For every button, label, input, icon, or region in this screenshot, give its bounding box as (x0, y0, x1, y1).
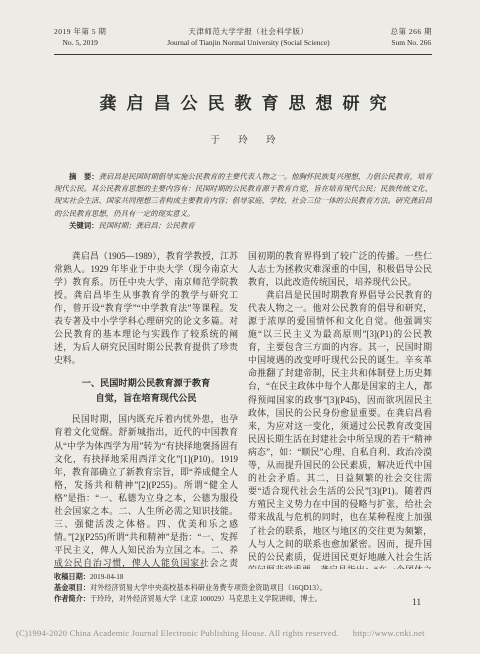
header-issue: 2019 年第 5 期 No. 5, 2019 (54, 26, 106, 49)
abstract-label: 摘 要： (69, 172, 99, 181)
abstract-block: 摘 要：龚启昌是民国时期倡导实施公民教育的主要代表人物之一。他胸怀民族复兴理想，… (54, 171, 432, 233)
keywords-text: 民国时期；龚启昌；公民教育 (99, 221, 195, 230)
page-content: 2019 年第 5 期 No. 5, 2019 天津师范大学学报（社会科学版） … (54, 26, 432, 569)
volume-number-en: Sum No. 266 (390, 37, 432, 48)
body-paragraph: 龚启昌是民国时期教育界倡导公民教育的代表人物之一。他对公民教育的倡导和研究，源于… (248, 289, 432, 569)
copyright-text: (C)1994-2020 China Academic Journal Elec… (16, 628, 339, 638)
footnote-received: 收稿日期：2019-04-18 (54, 572, 432, 583)
footnote-block: 收稿日期：2019-04-18 基金项目：对外经济贸易大学中央高校基本科研业务费… (54, 567, 432, 605)
copyright-footer: (C)1994-2020 China Academic Journal Elec… (16, 628, 476, 638)
journal-name-en: Journal of Tianjin Normal University (So… (167, 37, 329, 48)
journal-name-cn: 天津师范大学学报（社会科学版） (167, 26, 329, 37)
page-number: 11 (412, 598, 421, 608)
journal-page: 2019 年第 5 期 No. 5, 2019 天津师范大学学报（社会科学版） … (0, 0, 480, 654)
left-column: 龚启昌（1905—1989），教育学教授，江苏常熟人。1929 年毕业于中央大学… (54, 250, 238, 569)
article-title: 龚启昌公民教育思想研究 (54, 89, 432, 114)
footnote-fund: 基金项目：对外经济贸易大学中央高校基本科研业务费专项资金资助项目（16QD13）… (54, 583, 432, 594)
footnote-divider (54, 567, 204, 568)
issue-number-cn: 2019 年第 5 期 (54, 26, 106, 37)
abstract-paragraph: 摘 要：龚启昌是民国时期倡导实施公民教育的主要代表人物之一。他胸怀民族复兴理想，… (54, 171, 432, 221)
body-paragraph-continued: 国初期的教育界得到了较广泛的传播。一些仁人志士为拯救灾难深重的中国，积极倡导公民… (248, 250, 432, 289)
section-heading: 一、民国时期公民教育源于教育 自觉，旨在培育现代公民 (54, 376, 238, 405)
received-date-label: 收稿日期： (54, 573, 90, 581)
section-heading-line2: 自觉，旨在培育现代公民 (54, 391, 238, 406)
author-bio-label: 作者简介： (54, 595, 90, 603)
keywords-label: 关键词： (69, 221, 99, 230)
volume-number-cn: 总第 266 期 (390, 26, 432, 37)
fund-project-label: 基金项目： (54, 584, 90, 592)
abstract-text: 龚启昌是民国时期倡导实施公民教育的主要代表人物之一。他胸怀民族复兴理想，力倡公民… (54, 172, 432, 218)
article-author: 于 玲 玲 (54, 132, 432, 146)
body-columns: 龚启昌（1905—1989），教育学教授，江苏常熟人。1929 年毕业于中央大学… (54, 250, 432, 569)
received-date-value: 2019-04-18 (90, 573, 124, 581)
header-divider (54, 54, 432, 55)
issue-number-en: No. 5, 2019 (54, 37, 106, 48)
right-column: 国初期的教育界得到了较广泛的传播。一些仁人志士为拯救灾难深重的中国，积极倡导公民… (248, 250, 432, 569)
body-paragraph: 民国时期，国内既充斥着内忧外患，也孕育着文化觉醒。舒新城指出，近代的中国教育从“… (54, 413, 238, 568)
journal-header: 2019 年第 5 期 No. 5, 2019 天津师范大学学报（社会科学版） … (54, 26, 432, 49)
keywords-line: 关键词：民国时期；龚启昌；公民教育 (54, 220, 432, 232)
body-paragraph: 龚启昌（1905—1989），教育学教授，江苏常熟人。1929 年毕业于中央大学… (54, 250, 238, 368)
fund-project-value: 对外经济贸易大学中央高校基本科研业务费专项资金资助项目（16QD13）。 (90, 584, 327, 592)
header-volume: 总第 266 期 Sum No. 266 (390, 26, 432, 49)
cnki-url: http://www.cnki.net (353, 628, 425, 638)
footnote-author-bio: 作者简介：于玲玲，对外经济贸易大学（北京 100029）马克思主义学院讲师，博士… (54, 594, 432, 605)
header-journal-name: 天津师范大学学报（社会科学版） Journal of Tianjin Norma… (167, 26, 329, 49)
author-bio-value: 于玲玲，对外经济贸易大学（北京 100029）马克思主义学院讲师，博士。 (90, 595, 322, 603)
section-heading-line1: 一、民国时期公民教育源于教育 (54, 376, 238, 391)
